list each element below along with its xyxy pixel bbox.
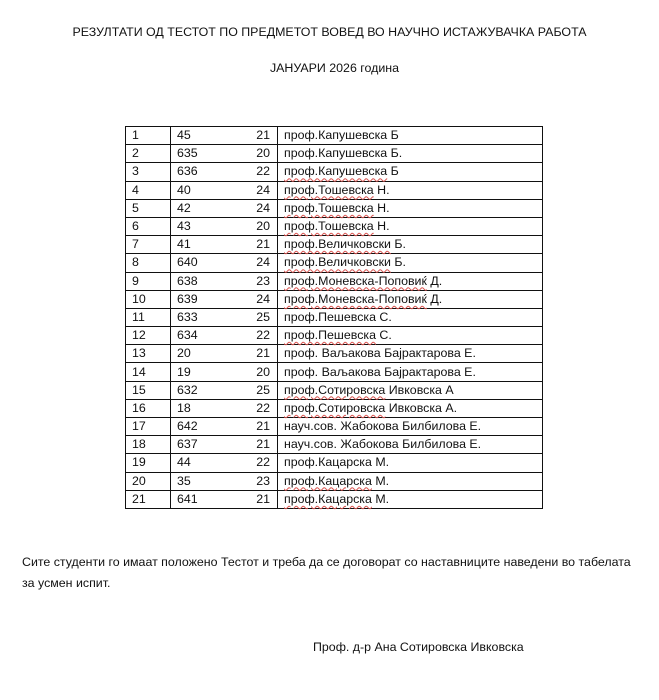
test-score: 21 <box>237 436 278 454</box>
row-number: 3 <box>126 163 171 181</box>
table-row: 1163325проф.Пешевска С. <box>126 308 543 326</box>
student-code: 18 <box>171 399 238 417</box>
student-code-text: 638 <box>177 274 198 288</box>
test-score-text: 21 <box>256 128 270 142</box>
test-score-text: 21 <box>256 346 270 360</box>
test-score: 24 <box>237 199 278 217</box>
row-number: 16 <box>126 399 171 417</box>
teacher-name: проф.Величковски Б. <box>278 236 543 254</box>
test-score: 22 <box>237 163 278 181</box>
spellcheck-mark: проф.Тошевска <box>284 183 374 197</box>
note-paragraph: Сите студенти го имаат положено Тестот и… <box>22 552 642 594</box>
table-row: 864024проф.Величковски Б. <box>126 254 543 272</box>
signature: Проф. д-р Ана Сотировска Ивковска <box>313 640 524 654</box>
student-code-text: 636 <box>177 164 198 178</box>
student-code-text: 20 <box>177 346 191 360</box>
row-number: 8 <box>126 254 171 272</box>
teacher-name: науч.сов. Жабокова Билбилова Е. <box>278 436 543 454</box>
row-number-text: 15 <box>132 383 146 397</box>
student-code-text: 35 <box>177 474 191 488</box>
document-title: РЕЗУЛТАТИ ОД ТЕСТОТ ПО ПРЕДМЕТОТ ВОВЕД В… <box>0 25 659 39</box>
test-score: 22 <box>237 399 278 417</box>
spellcheck-mark: проф.Сотировска <box>284 383 385 397</box>
student-code-text: 634 <box>177 328 198 342</box>
student-code: 41 <box>171 236 238 254</box>
test-score-text: 21 <box>256 437 270 451</box>
table-row: 963823проф.Моневска-Поповиќ Д. <box>126 272 543 290</box>
test-score: 24 <box>237 290 278 308</box>
row-number-text: 13 <box>132 346 146 360</box>
row-number-text: 1 <box>132 128 139 142</box>
table-row: 1764221науч.сов. Жабокова Билбилова Е. <box>126 418 543 436</box>
spellcheck-mark: проф.Тошевска <box>284 201 374 215</box>
student-code: 642 <box>171 418 238 436</box>
test-score: 24 <box>237 181 278 199</box>
test-score: 21 <box>237 236 278 254</box>
student-code-text: 637 <box>177 437 198 451</box>
table-row: 74121проф.Величковски Б. <box>126 236 543 254</box>
student-code: 43 <box>171 217 238 235</box>
teacher-name: проф.Тошевска Н. <box>278 217 543 235</box>
test-score-text: 20 <box>256 146 270 160</box>
test-score-text: 22 <box>256 164 270 178</box>
test-score: 23 <box>237 272 278 290</box>
teacher-name: проф.Пешевска С. <box>278 327 543 345</box>
row-number-text: 8 <box>132 255 139 269</box>
row-number-text: 19 <box>132 455 146 469</box>
row-number: 21 <box>126 490 171 508</box>
student-code: 641 <box>171 490 238 508</box>
row-number: 12 <box>126 327 171 345</box>
test-score-text: 25 <box>256 310 270 324</box>
row-number-text: 5 <box>132 201 139 215</box>
row-number: 9 <box>126 272 171 290</box>
row-number-text: 20 <box>132 474 146 488</box>
spellcheck-mark: проф.Величковски <box>284 237 391 251</box>
test-score-text: 20 <box>256 365 270 379</box>
teacher-name: проф.Величковски Б. <box>278 254 543 272</box>
row-number: 19 <box>126 454 171 472</box>
table-row: 1863721науч.сов. Жабокова Билбилова Е. <box>126 436 543 454</box>
table-row: 64320проф.Тошевска Н. <box>126 217 543 235</box>
table-row: 2164121проф.Кацарска М. <box>126 490 543 508</box>
test-score: 21 <box>237 490 278 508</box>
row-number-text: 21 <box>132 492 146 506</box>
teacher-name: проф.Тошевска Н. <box>278 181 543 199</box>
student-code: 639 <box>171 290 238 308</box>
results-table-body: 14521проф.Капушевска Б263520проф.Капушев… <box>126 127 543 509</box>
test-score: 21 <box>237 345 278 363</box>
spellcheck-mark: проф.Моневска-Поповиќ <box>284 274 427 288</box>
row-number: 13 <box>126 345 171 363</box>
teacher-name: проф.Моневска-Поповиќ Д. <box>278 272 543 290</box>
student-code: 45 <box>171 127 238 145</box>
student-code: 632 <box>171 381 238 399</box>
row-number: 18 <box>126 436 171 454</box>
test-score: 20 <box>237 145 278 163</box>
teacher-name: проф. Ваљакова Бајрактарова Е. <box>278 345 543 363</box>
spellcheck-mark: проф.Моневска-Поповиќ <box>284 292 427 306</box>
table-row: 1563225проф.Сотировска Ивковска А <box>126 381 543 399</box>
student-code: 40 <box>171 181 238 199</box>
spellcheck-mark: проф.Тошевска <box>284 219 374 233</box>
student-code: 633 <box>171 308 238 326</box>
test-score-text: 22 <box>256 328 270 342</box>
teacher-name: проф.Моневска-Поповиќ Д. <box>278 290 543 308</box>
student-code-text: 635 <box>177 146 198 160</box>
spellcheck-mark: проф.Кацарска <box>284 492 372 506</box>
row-number: 7 <box>126 236 171 254</box>
row-number-text: 18 <box>132 437 146 451</box>
row-number-text: 17 <box>132 419 146 433</box>
test-score-text: 22 <box>256 401 270 415</box>
spellcheck-mark: проф.Пешевска <box>284 328 376 342</box>
test-score: 20 <box>237 363 278 381</box>
student-code-text: 639 <box>177 292 198 306</box>
student-code: 44 <box>171 454 238 472</box>
spellcheck-mark: проф.Величковски <box>284 255 391 269</box>
row-number-text: 6 <box>132 219 139 233</box>
test-score: 21 <box>237 127 278 145</box>
teacher-name: проф.Капушевска Б <box>278 127 543 145</box>
row-number: 14 <box>126 363 171 381</box>
table-row: 1063924проф.Моневска-Поповиќ Д. <box>126 290 543 308</box>
table-row: 1263422проф.Пешевска С. <box>126 327 543 345</box>
student-code-text: 44 <box>177 455 191 469</box>
teacher-name-text: проф.Капушевска Б <box>284 128 399 142</box>
student-code: 42 <box>171 199 238 217</box>
table-row: 161822проф.Сотировска Ивковска А. <box>126 399 543 417</box>
test-score: 21 <box>237 418 278 436</box>
teacher-name: проф.Сотировска Ивковска А <box>278 381 543 399</box>
student-code: 640 <box>171 254 238 272</box>
table-row: 203523проф.Кацарска М. <box>126 472 543 490</box>
teacher-name-text: проф.Кацарска М. <box>284 455 389 469</box>
teacher-name: проф.Кацарска М. <box>278 472 543 490</box>
teacher-name-text: науч.сов. Жабокова Билбилова Е. <box>284 419 481 433</box>
row-number-text: 9 <box>132 274 139 288</box>
table-row: 363622проф.Капушевска Б <box>126 163 543 181</box>
test-score-text: 23 <box>256 274 270 288</box>
student-code: 19 <box>171 363 238 381</box>
row-number-text: 12 <box>132 328 146 342</box>
student-code-text: 632 <box>177 383 198 397</box>
test-score-text: 20 <box>256 219 270 233</box>
teacher-name: проф. Ваљакова Бајрактарова Е. <box>278 363 543 381</box>
test-score-text: 24 <box>256 255 270 269</box>
test-score: 25 <box>237 381 278 399</box>
table-row: 44024проф.Тошевска Н. <box>126 181 543 199</box>
row-number-text: 14 <box>132 365 146 379</box>
student-code: 636 <box>171 163 238 181</box>
test-score: 23 <box>237 472 278 490</box>
row-number: 11 <box>126 308 171 326</box>
student-code: 638 <box>171 272 238 290</box>
row-number-text: 11 <box>132 310 145 324</box>
student-code-text: 40 <box>177 183 191 197</box>
student-code: 634 <box>171 327 238 345</box>
test-score-text: 21 <box>256 419 270 433</box>
teacher-name-text: науч.сов. Жабокова Билбилова Е. <box>284 437 481 451</box>
student-code-text: 41 <box>177 237 191 251</box>
teacher-name-text: проф.Пешевска С. <box>284 310 392 324</box>
test-score-text: 24 <box>256 183 270 197</box>
test-score: 20 <box>237 217 278 235</box>
row-number-text: 4 <box>132 183 139 197</box>
table-row: 132021проф. Ваљакова Бајрактарова Е. <box>126 345 543 363</box>
teacher-name: проф.Капушевска Б <box>278 163 543 181</box>
row-number-text: 3 <box>132 164 139 178</box>
teacher-name: проф.Капушевска Б. <box>278 145 543 163</box>
student-code-text: 45 <box>177 128 191 142</box>
test-score: 22 <box>237 454 278 472</box>
student-code-text: 19 <box>177 365 191 379</box>
teacher-name-text: проф. Ваљакова Бајрактарова Е. <box>284 365 476 379</box>
spellcheck-mark: проф.Капушевска <box>284 164 387 178</box>
test-score: 25 <box>237 308 278 326</box>
row-number-text: 2 <box>132 146 139 160</box>
teacher-name: проф.Тошевска Н. <box>278 199 543 217</box>
row-number: 5 <box>126 199 171 217</box>
test-score: 22 <box>237 327 278 345</box>
row-number: 20 <box>126 472 171 490</box>
row-number: 15 <box>126 381 171 399</box>
test-score-text: 21 <box>256 237 270 251</box>
results-table: 14521проф.Капушевска Б263520проф.Капушев… <box>125 126 543 509</box>
student-code: 20 <box>171 345 238 363</box>
teacher-name: проф.Сотировска Ивковска А. <box>278 399 543 417</box>
row-number: 1 <box>126 127 171 145</box>
row-number: 2 <box>126 145 171 163</box>
teacher-name-text: проф.Капушевска Б. <box>284 146 402 160</box>
test-score-text: 24 <box>256 201 270 215</box>
row-number: 17 <box>126 418 171 436</box>
test-score-text: 22 <box>256 455 270 469</box>
teacher-name: проф.Кацарска М. <box>278 490 543 508</box>
table-row: 54224проф.Тошевска Н. <box>126 199 543 217</box>
teacher-name: науч.сов. Жабокова Билбилова Е. <box>278 418 543 436</box>
row-number: 4 <box>126 181 171 199</box>
test-score-text: 24 <box>256 292 270 306</box>
row-number-text: 10 <box>132 292 146 306</box>
student-code: 637 <box>171 436 238 454</box>
student-code-text: 633 <box>177 310 198 324</box>
table-row: 194422проф.Кацарска М. <box>126 454 543 472</box>
teacher-name-text: проф. Ваљакова Бајрактарова Е. <box>284 346 476 360</box>
table-row: 141920проф. Ваљакова Бајрактарова Е. <box>126 363 543 381</box>
student-code: 35 <box>171 472 238 490</box>
student-code-text: 43 <box>177 219 191 233</box>
spellcheck-mark: проф.Кацарска <box>284 474 372 488</box>
teacher-name: проф.Кацарска М. <box>278 454 543 472</box>
row-number: 10 <box>126 290 171 308</box>
row-number-text: 16 <box>132 401 146 415</box>
student-code-text: 42 <box>177 201 191 215</box>
test-score-text: 21 <box>256 492 270 506</box>
student-code-text: 18 <box>177 401 191 415</box>
document-subtitle: ЈАНУАРИ 2026 година <box>0 61 659 75</box>
teacher-name: проф.Пешевска С. <box>278 308 543 326</box>
row-number-text: 7 <box>132 237 139 251</box>
table-row: 263520проф.Капушевска Б. <box>126 145 543 163</box>
test-score: 24 <box>237 254 278 272</box>
student-code-text: 642 <box>177 419 198 433</box>
test-score-text: 25 <box>256 383 270 397</box>
row-number: 6 <box>126 217 171 235</box>
test-score-text: 23 <box>256 474 270 488</box>
student-code-text: 640 <box>177 255 198 269</box>
student-code-text: 641 <box>177 492 198 506</box>
student-code: 635 <box>171 145 238 163</box>
table-row: 14521проф.Капушевска Б <box>126 127 543 145</box>
spellcheck-mark: проф.Сотировска <box>284 401 385 415</box>
